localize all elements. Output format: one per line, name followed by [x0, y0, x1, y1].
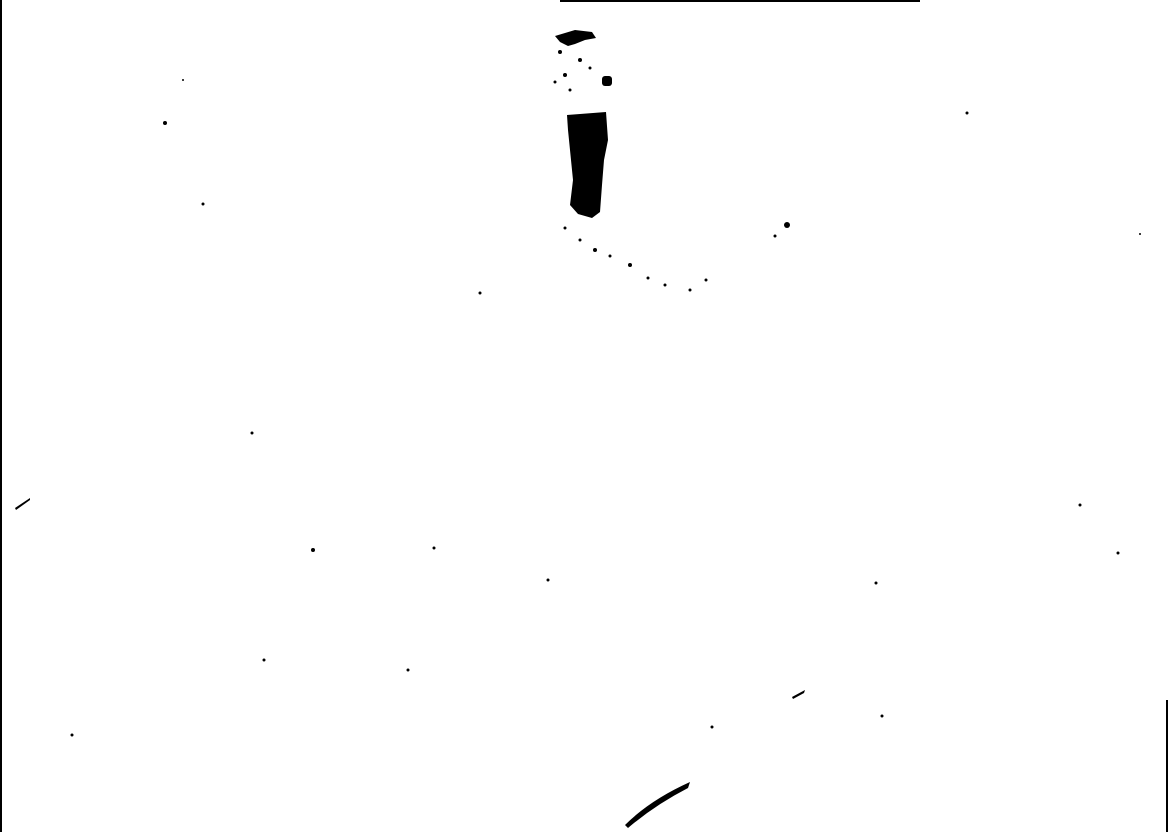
snow-specks [71, 79, 1142, 737]
footprint-trail [564, 222, 791, 292]
photo-frame [0, 0, 1168, 832]
photo-scene [0, 0, 1168, 832]
figure [554, 30, 613, 218]
dark-streak [625, 782, 690, 828]
